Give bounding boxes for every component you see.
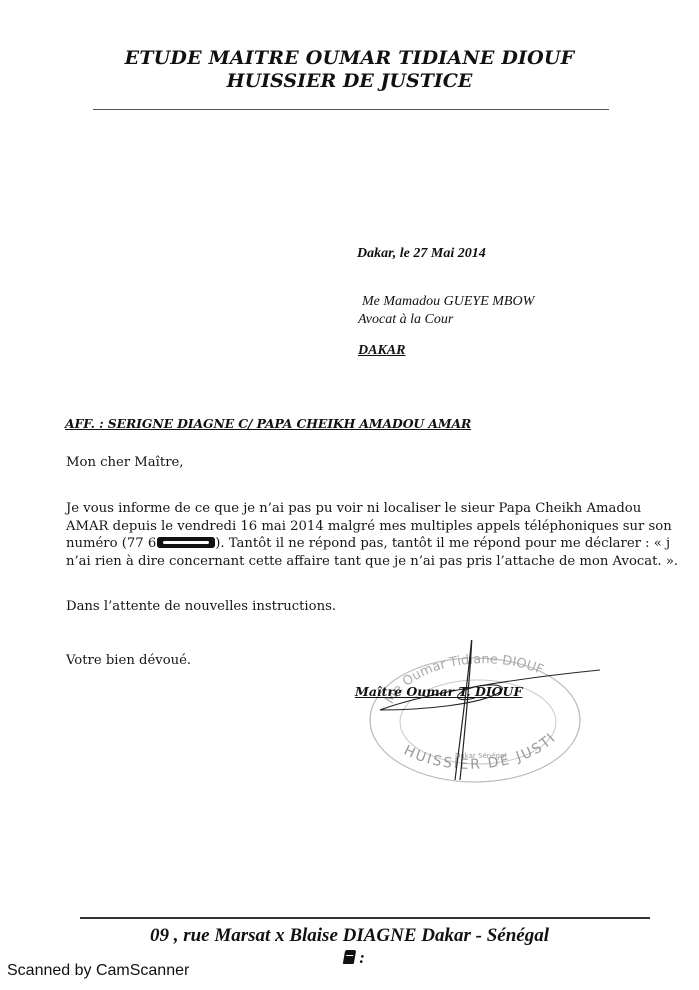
footer-divider <box>80 917 650 919</box>
telephone-icon <box>343 950 356 964</box>
letterhead-subtitle: HUISSIER DE JUSTICE <box>0 70 699 92</box>
place-date: Dakar, le 27 Mai 2014 <box>357 246 486 262</box>
recipient-city: DAKAR <box>358 343 405 359</box>
case-reference: AFF. : SERIGNE DIAGNE C/ PAPA CHEIKH AMA… <box>65 416 471 431</box>
recipient-title: Avocat à la Cour <box>358 312 453 328</box>
recipient-name: Me Mamadou GUEYE MBOW <box>362 294 534 310</box>
footer-phone-label: : <box>359 948 365 967</box>
closing: Votre bien dévoué. <box>66 652 191 670</box>
waiting-line: Dans l’attente de nouvelles instructions… <box>66 598 336 616</box>
official-stamp: Me Oumar Tidiane DIOUF HUISSIER DE JUSTI… <box>360 640 610 790</box>
letterhead-title: ETUDE MAITRE OUMAR TIDIANE DIOUF <box>0 47 699 69</box>
footer-address: 09 , rue Marsat x Blaise DIAGNE Dakar - … <box>0 925 699 947</box>
letterhead-divider <box>93 109 609 110</box>
scanner-watermark: Scanned by CamScanner <box>7 962 189 980</box>
footer-phone: : <box>344 948 365 968</box>
redacted-phone-number <box>157 537 215 548</box>
letter-body: Je vous informe de ce que je n’ai pas pu… <box>66 500 686 570</box>
signatory-name: Maître Oumar T. DIOUF <box>355 684 522 699</box>
salutation: Mon cher Maître, <box>66 454 184 472</box>
